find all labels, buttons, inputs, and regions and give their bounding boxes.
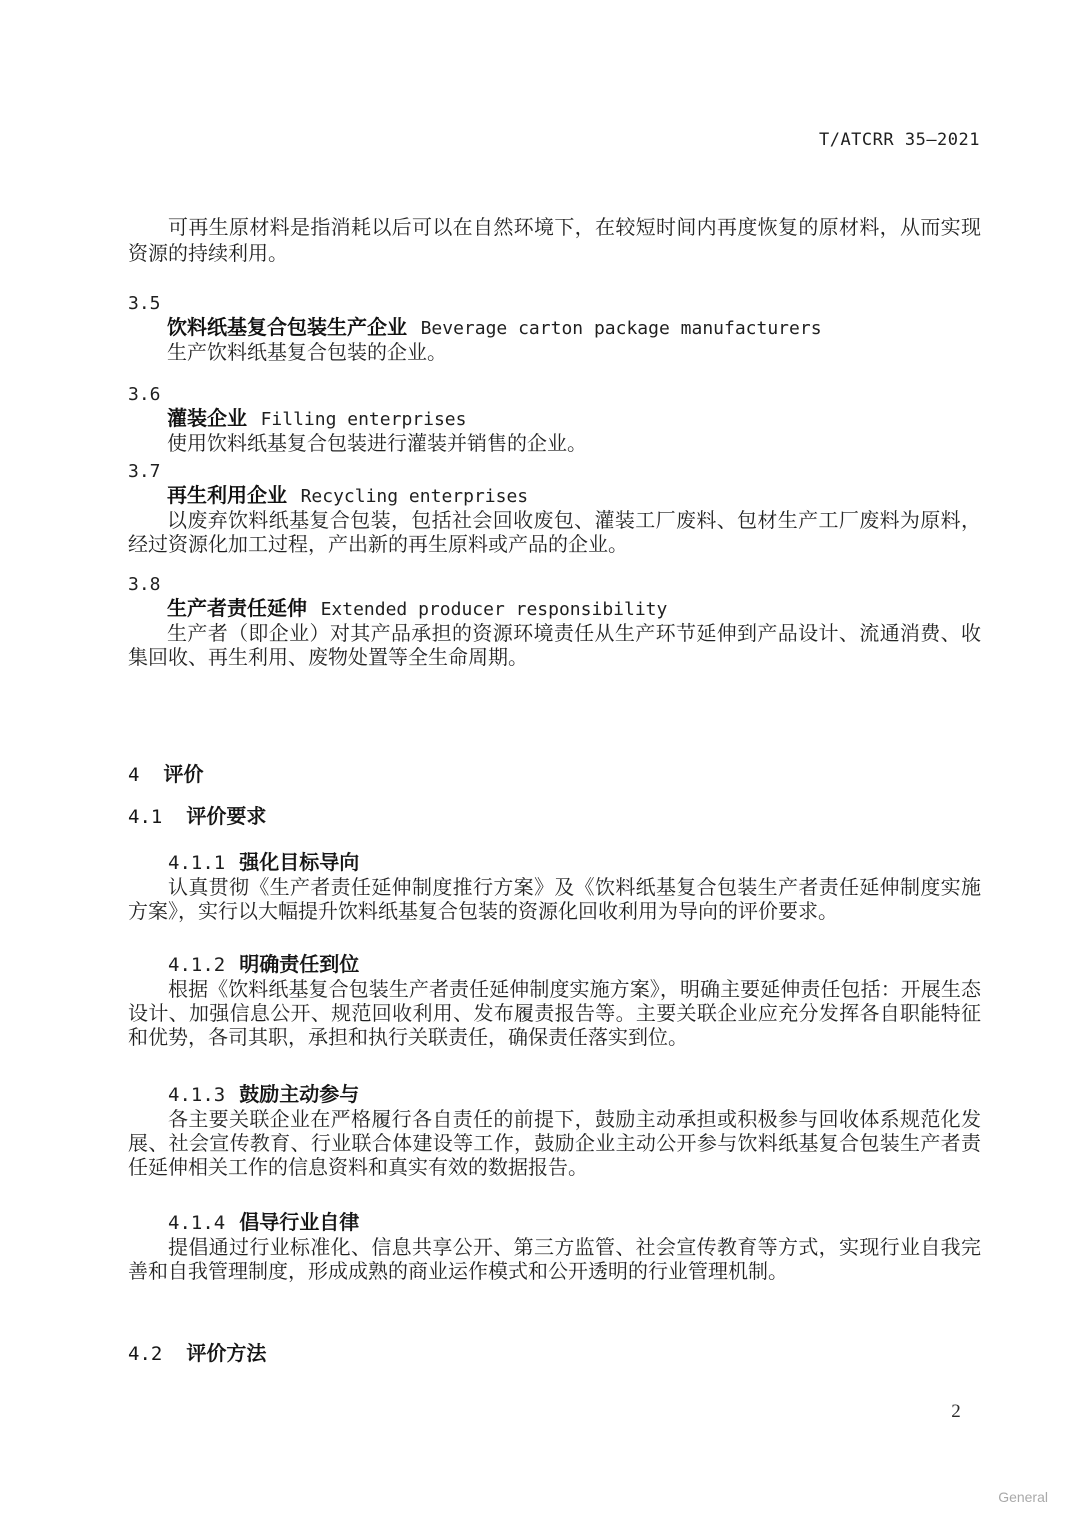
subsection-number: 4.1.4 [168,1212,225,1234]
subsection-heading: 4.1.4倡导行业自律 [128,1211,981,1235]
term-line: 灌装企业 Filling enterprises [128,407,981,432]
chapter-4-heading: 4评价 [128,763,981,787]
term-line: 再生利用企业 Recycling enterprises [128,484,981,509]
section-title: 评价要求 [186,806,266,828]
term-number: 3.6 [128,383,981,407]
subsection-title: 倡导行业自律 [239,1212,359,1234]
subsection-title: 明确责任到位 [239,954,359,976]
subsection-number: 4.1.3 [168,1084,225,1106]
subsection-title: 鼓励主动参与 [239,1084,359,1106]
term-section-3-7: 3.7 再生利用企业 Recycling enterprises 以废弃饮料纸基… [128,460,981,557]
term-chinese: 再生利用企业 [167,485,287,507]
term-definition: 以废弃饮料纸基复合包装，包括社会回收废包、灌装工厂废料、包材生产工厂废料为原料，… [128,509,981,557]
term-line: 饮料纸基复合包装生产企业 Beverage carton package man… [128,316,981,341]
subsection-4-1-4: 4.1.4倡导行业自律 提倡通过行业标准化、信息共享公开、第三方监管、社会宣传教… [128,1211,981,1284]
section-number: 4.2 [128,1343,162,1365]
general-watermark: General [998,1489,1048,1505]
section-4-2-heading: 4.2评价方法 [128,1342,981,1366]
subsection-body: 各主要关联企业在严格履行各自责任的前提下，鼓励主动承担或积极参与回收体系规范化发… [128,1108,981,1180]
chapter-number: 4 [128,764,139,786]
subsection-heading: 4.1.2明确责任到位 [128,953,981,977]
section-title: 评价方法 [186,1343,266,1365]
subsection-4-1-2: 4.1.2明确责任到位 根据《饮料纸基复合包装生产者责任延伸制度实施方案》，明确… [128,953,981,1050]
term-section-3-6: 3.6 灌装企业 Filling enterprises 使用饮料纸基复合包装进… [128,383,981,456]
subsection-heading: 4.1.3鼓励主动参与 [128,1083,981,1107]
term-number: 3.7 [128,460,981,484]
term-chinese: 生产者责任延伸 [167,598,307,620]
subsection-4-1-1: 4.1.1强化目标导向 认真贯彻《生产者责任延伸制度推行方案》及《饮料纸基复合包… [128,851,981,924]
term-number: 3.8 [128,573,981,597]
subsection-title: 强化目标导向 [239,852,359,874]
term-definition: 生产饮料纸基复合包装的企业。 [128,341,981,365]
term-section-3-5: 3.5 饮料纸基复合包装生产企业 Beverage carton package… [128,292,981,365]
chapter-title: 评价 [163,764,203,786]
subsection-body: 根据《饮料纸基复合包装生产者责任延伸制度实施方案》，明确主要延伸责任包括：开展生… [128,978,981,1050]
subsection-number: 4.1.2 [168,954,225,976]
document-page: T/ATCRR 35—2021 可再生原材料是指消耗以后可以在自然环境下，在较短… [0,0,1080,1527]
subsection-4-1-3: 4.1.3鼓励主动参与 各主要关联企业在严格履行各自责任的前提下，鼓励主动承担或… [128,1083,981,1180]
term-definition: 使用饮料纸基复合包装进行灌装并销售的企业。 [128,432,981,456]
term-line: 生产者责任延伸 Extended producer responsibility [128,597,981,622]
term-english: Filling enterprises [261,409,467,430]
subsection-heading: 4.1.1强化目标导向 [128,851,981,875]
term-english: Beverage carton package manufacturers [421,318,822,339]
term-english: Recycling enterprises [301,486,529,507]
subsection-body: 认真贯彻《生产者责任延伸制度推行方案》及《饮料纸基复合包装生产者责任延伸制度实施… [128,876,981,924]
section-number: 4.1 [128,806,162,828]
intro-paragraph: 可再生原材料是指消耗以后可以在自然环境下，在较短时间内再度恢复的原材料，从而实现… [128,215,981,267]
page-number: 2 [944,1401,968,1423]
subsection-number: 4.1.1 [168,852,225,874]
term-chinese: 灌装企业 [167,408,247,430]
document-code-header: T/ATCRR 35—2021 [819,130,980,150]
term-english: Extended producer responsibility [321,599,668,620]
term-definition: 生产者（即企业）对其产品承担的资源环境责任从生产环节延伸到产品设计、流通消费、收… [128,622,981,670]
section-4-1-heading: 4.1评价要求 [128,805,981,829]
subsection-body: 提倡通过行业标准化、信息共享公开、第三方监管、社会宣传教育等方式，实现行业自我完… [128,1236,981,1284]
term-chinese: 饮料纸基复合包装生产企业 [167,317,407,339]
term-section-3-8: 3.8 生产者责任延伸 Extended producer responsibi… [128,573,981,670]
term-number: 3.5 [128,292,981,316]
